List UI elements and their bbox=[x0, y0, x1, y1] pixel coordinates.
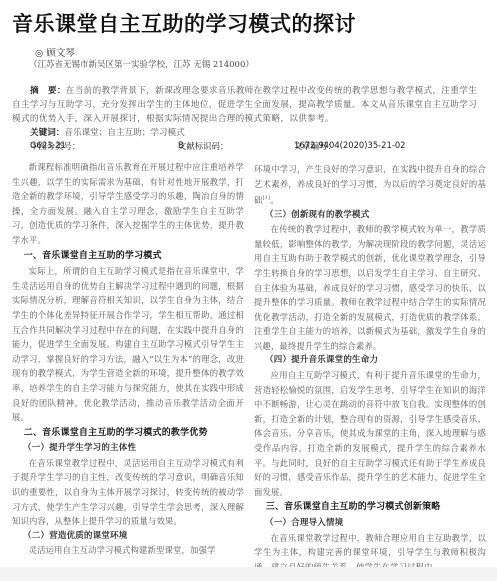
section-3-1-heading: （一）合理导入情境 bbox=[254, 516, 486, 531]
doc-code-label: 文献标识码： bbox=[178, 140, 228, 152]
section-2-4-heading: （四）提升音乐课堂的生命力 bbox=[254, 353, 486, 368]
section-2-1-paragraph: 在音乐课堂教学过程中，灵活运用自主互动学习模式有利于提升学生学习的自主性，改变传… bbox=[12, 456, 244, 529]
article-title: 音乐课堂自主互助的学习模式的探讨 bbox=[12, 8, 356, 38]
section-3-heading: 三、音乐课堂自主互助的学习模式创新策略 bbox=[254, 500, 486, 515]
abstract: 摘 要：在当前的教学背景下，新课改理念要求音乐教师在教学过程中改变传统的教学思想… bbox=[12, 84, 484, 126]
continued-end: 。 bbox=[270, 195, 279, 205]
document-page: 音乐课堂自主互助的学习模式的探讨 ◎ 顾文琴 （江苏省无锡市新吴区第一实验学校，… bbox=[0, 0, 497, 567]
author-line: ◎ 顾文琴 bbox=[35, 45, 75, 59]
keywords-text: 音乐课堂；自主互助；学习模式 bbox=[64, 128, 184, 138]
doc-code-value: B bbox=[178, 140, 184, 150]
abstract-label: 摘 要： bbox=[30, 86, 66, 96]
keywords-label: 关键词： bbox=[30, 128, 64, 138]
article-metadata: 中图分类号：G623.21 文献标识码：B 文章编号：1672-9404(202… bbox=[30, 140, 490, 152]
author-affiliation: （江苏省无锡市新吴区第一实验学校，江苏 无锡 214000） bbox=[29, 58, 254, 70]
section-1-paragraph: 实际上，所谓的自主互助学习模式是指在音乐课堂中，学生灵活运用自身的优势自主解决学… bbox=[12, 264, 244, 425]
section-2-2-heading: （二）营造优质的课堂环境 bbox=[12, 529, 244, 544]
section-2-heading: 二、音乐课堂自主互助的学习模式的教学优势 bbox=[12, 426, 244, 441]
section-3-1-paragraph: 在音乐课堂教学过程中，教师合理应用自主互助教学，以学生为主体，构建完善的课堂环境… bbox=[254, 531, 486, 567]
section-2-3-heading: （三）创新现有的教学模式 bbox=[254, 208, 486, 223]
section-2-3-paragraph: 在传统的教学过程中，教师的教学模式较为单一，教学质量较低，影响整体的教学。为解决… bbox=[254, 222, 486, 353]
intro-paragraph: 新课程标准明确指出音乐教育在开展过程中应注重培养学生兴趣，以学生的实际需求为基础… bbox=[12, 160, 244, 248]
body-column-right: 环境中学习，产生良好的学习意识，在实践中提升自身的综合艺术素养，养成良好的学习习… bbox=[254, 162, 486, 567]
body-column-left: 新课程标准明确指出音乐教育在开展过程中应注重培养学生兴趣，以学生的实际需求为基础… bbox=[12, 160, 244, 558]
section-2-1-heading: （一）提升学生学习的主体性 bbox=[12, 441, 244, 456]
article-no-value: 1672-9404(2020)35-21-02 bbox=[294, 140, 406, 150]
section-2-4-paragraph: 应用自主互助学习模式，有利于提升音乐课堂的生命力，营造轻松愉悦的氛围，启发学生思… bbox=[254, 368, 486, 499]
continued-text: 环境中学习，产生良好的学习意识，在实践中提升自身的综合艺术素养，养成良好的学习习… bbox=[254, 164, 486, 205]
section-2-2-paragraph: 灵活运用自主互动学习模式构建新型课堂，加强学 bbox=[12, 543, 244, 558]
clc-value: G623.21 bbox=[30, 140, 66, 150]
section-1-heading: 一、音乐课堂自主互助的学习模式 bbox=[12, 249, 244, 264]
abstract-text: 在当前的教学背景下，新课改理念要求音乐教师在教学过程中改变传统的教学思想与教学模… bbox=[12, 86, 477, 124]
page-bottom-margin bbox=[0, 567, 497, 581]
continued-paragraph: 环境中学习，产生良好的学习意识，在实践中提升自身的综合艺术素养，养成良好的学习习… bbox=[254, 162, 486, 208]
keywords: 关键词：音乐课堂；自主互助；学习模式 bbox=[30, 126, 185, 138]
